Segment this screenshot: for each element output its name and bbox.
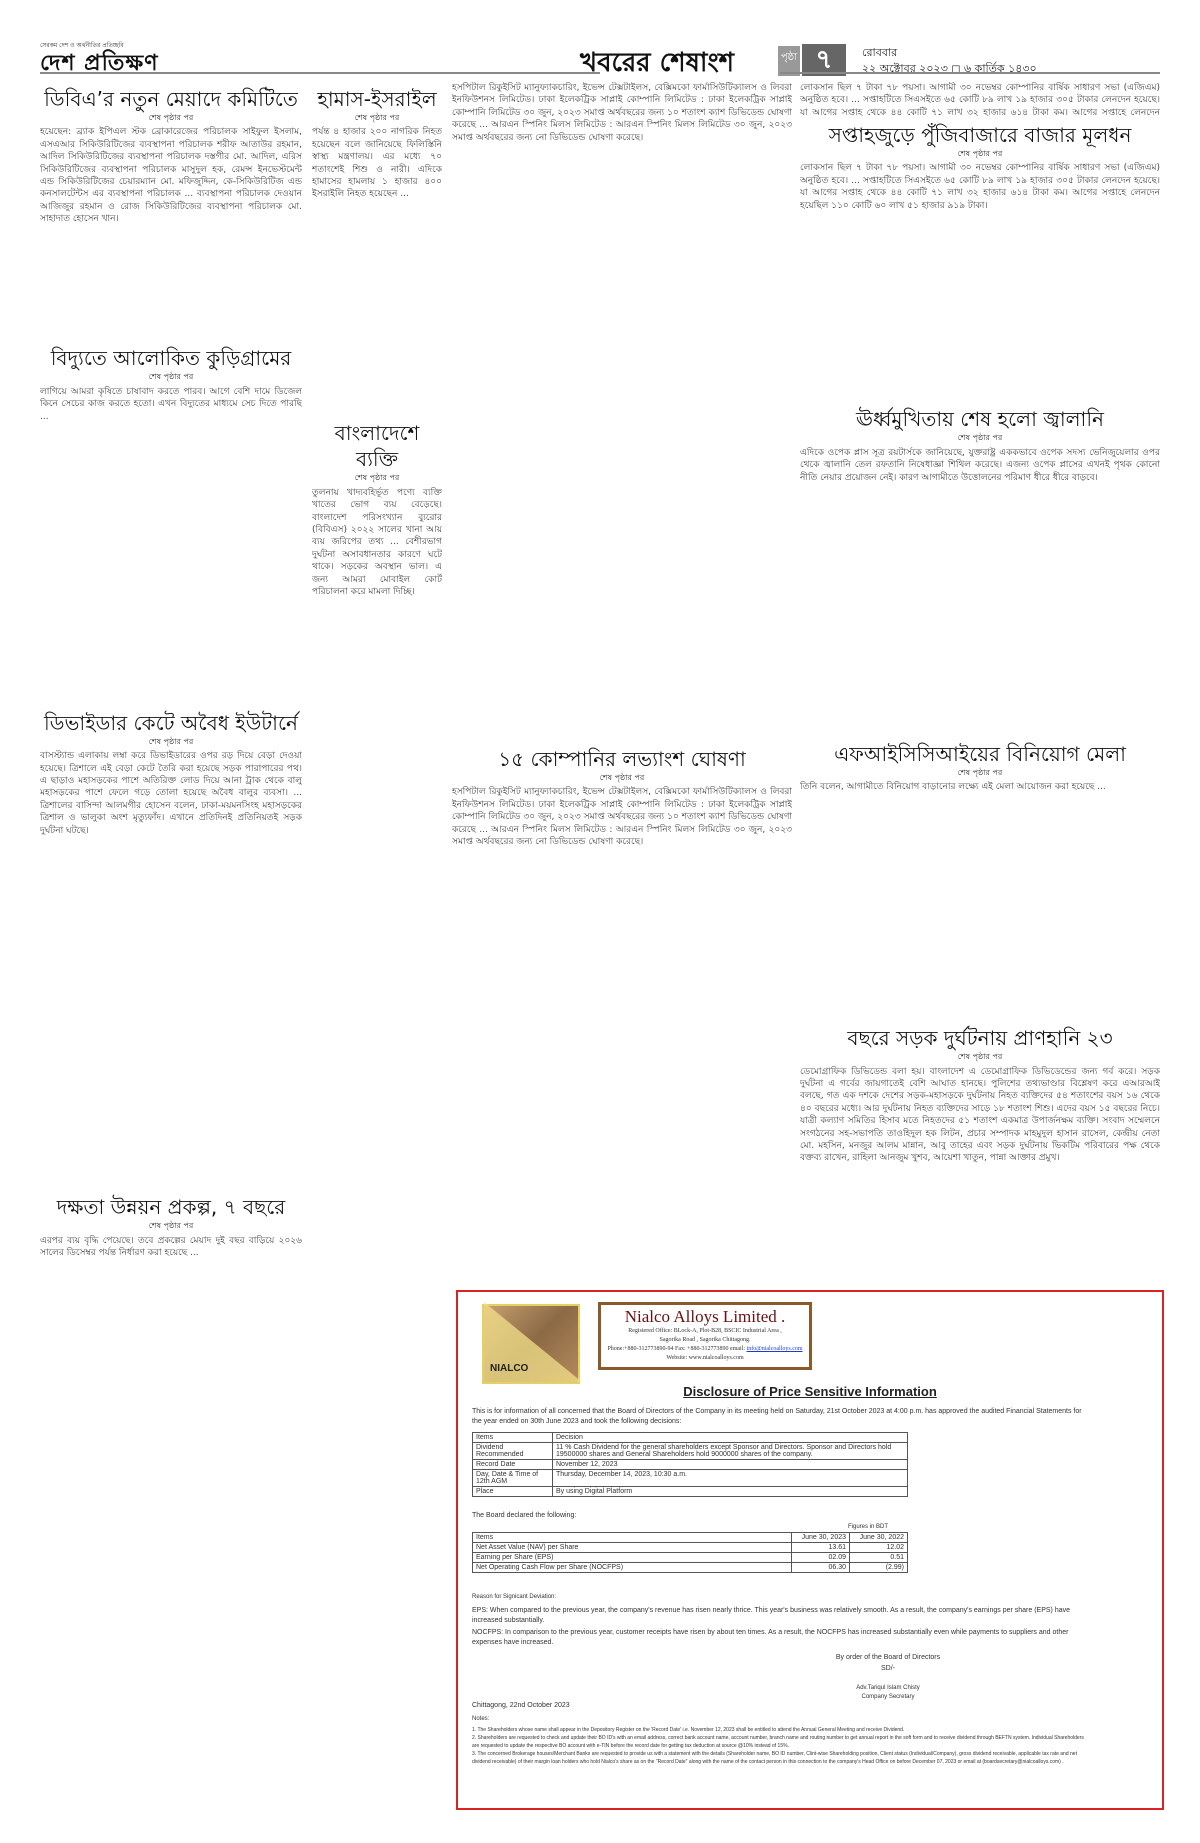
decision-cell: November 12, 2023 — [553, 1460, 908, 1470]
article-fuel: ঊর্ধ্বমুখিতায় শেষ হলো জ্বালানি শেষ পৃষ্… — [800, 406, 1160, 736]
reason-eps: EPS: When compared to the previous year,… — [472, 1606, 1092, 1626]
table-row: Record DateNovember 12, 2023 — [473, 1460, 908, 1470]
item-cell: Record Date — [473, 1460, 553, 1470]
continued-label: শেষ পৃষ্ঠার পর — [800, 767, 1160, 779]
headline[interactable]: বছরে সড়ক দুর্ঘটনায় প্রাণহানি ২৩ — [800, 1025, 1160, 1051]
article-body: পর্যন্ত ৪ হাজার ২০০ নাগরিক নিহত হয়েছেন … — [312, 126, 442, 416]
article-body: লোকসান ছিল ৭ টাকা ৭৮ পয়সা। আগামী ৩০ নভে… — [800, 162, 1160, 402]
item-cell: Day, Date & Time of 12th AGM — [473, 1470, 553, 1487]
header-cell: Items — [473, 1533, 792, 1543]
item-cell: Net Operating Cash Flow per Share (NOCFP… — [473, 1563, 792, 1573]
value-2023: 02.09 — [792, 1553, 850, 1563]
reason-heading: Reason for Signicant Deviation: — [472, 1594, 556, 1600]
article-kurigram: বিদ্যুতে আলোকিত কুড়িগ্রামের শেষ পৃষ্ঠার… — [40, 345, 302, 705]
value-2022: 0.51 — [850, 1553, 908, 1563]
article-body: ডেমোগ্রাফিক ডিভিডেন্ড বলা হয়। বাংলাদেশ … — [800, 1066, 1160, 1176]
header-cell: Items — [473, 1433, 553, 1443]
column-1: ডিবিএ’র নতুন মেয়াদে কমিটিতে শেষ পৃষ্ঠার… — [40, 82, 302, 1832]
signatory-name: Adv.Tariqul Islam Chisty — [798, 1684, 978, 1693]
column-4: লোকসান ছিল ৭ টাকা ৭৮ পয়সা। আগামী ৩০ নভে… — [800, 82, 1160, 1282]
table-row: Net Operating Cash Flow per Share (NOCFP… — [473, 1563, 908, 1573]
headline[interactable]: এফআইসিসিআইয়ের বিনিয়োগ মেলা — [800, 741, 1160, 767]
notes-list: 1. The Shareholders whose name shall app… — [472, 1726, 1092, 1766]
price-sensitive-info-ad: NIALCO Nialco Alloys Limited . Registere… — [456, 1290, 1164, 1810]
item-cell: Net Asset Value (NAV) per Share — [473, 1543, 792, 1553]
continued-label: শেষ পৃষ্ঠার পর — [40, 371, 302, 383]
note-item: 3. The concerned Brokerage houses/Mercha… — [472, 1750, 1092, 1766]
article-dividend15: ১৫ কোম্পানির লভ্যাংশ ঘোষণা শেষ পৃষ্ঠার প… — [452, 746, 792, 1276]
headline[interactable]: ডিভাইডার কেটে অবৈধ ইউটার্নে — [40, 710, 302, 736]
headline[interactable]: সপ্তাহজুড়ে পুঁজিবাজারে বাজার মূলধন — [800, 122, 1160, 148]
section-title: খবরের শেষাংশ — [580, 42, 734, 86]
newspaper-logo[interactable]: দেশ প্রতিক্ষণ — [40, 46, 159, 83]
table-row: Day, Date & Time of 12th AGMThursday, De… — [473, 1470, 908, 1487]
article-body: এরপর ব্যয় বৃদ্ধি পেয়েছে। তবে প্রকল্পের… — [40, 1235, 302, 1795]
masthead-rule-right — [780, 72, 1160, 74]
contact-line: Phone:+880-312773890-94 Fax: +880-312773… — [601, 1345, 809, 1354]
continued-label: শেষ পৃষ্ঠার পর — [452, 772, 792, 784]
table-row: Earning per Share (EPS)02.090.51 — [473, 1553, 908, 1563]
issue-date: ২২ অক্টোবর ২০২৩ ◻ ৬ কার্তিক ১৪৩০ — [862, 60, 1037, 79]
article-body: হয়েছেন: ব্র্যাক ইপিএল স্টক ব্রোকারেজের … — [40, 126, 302, 341]
continued-label: শেষ পৃষ্ঠার পর — [40, 1220, 302, 1232]
address-line-2: Sagorika Road , Sagorika Chittagong. — [601, 1336, 809, 1345]
headline[interactable]: ডিবিএ’র নতুন মেয়াদে কমিটিতে — [40, 86, 302, 112]
decision-cell: By using Digital Platform — [553, 1487, 908, 1497]
company-header-box: Nialco Alloys Limited . Registered Offic… — [598, 1302, 812, 1370]
note-item: 1. The Shareholders whose name shall app… — [472, 1726, 1092, 1734]
disclosure-intro: This is for information of all concerned… — [472, 1407, 1092, 1427]
headline[interactable]: বাংলাদেশে ব্যক্তি — [312, 420, 442, 472]
item-cell: Place — [473, 1487, 553, 1497]
article-body: হসপিটাল রিকুইসিট ম্যানুফ্যাকচারিং, ইভেন্… — [452, 786, 792, 1276]
article-body: তিনি বলেন, আগামীতে বিনিয়োগ বাড়ানোর লক্… — [800, 781, 1160, 1021]
continued-label: শেষ পৃষ্ঠার পর — [800, 432, 1160, 444]
decision-cell: Thursday, December 14, 2023, 10:30 a.m. — [553, 1470, 908, 1487]
continued-label: শেষ পৃষ্ঠার পর — [40, 736, 302, 748]
signature-block: By order of the Board of Directors SD/- — [798, 1652, 978, 1674]
continued-label: শেষ পৃষ্ঠার পর — [40, 112, 302, 124]
financials-table: Items June 30, 2023 June 30, 2022 Net As… — [472, 1532, 908, 1573]
article-fbcci: এফআইসিসিআইয়ের বিনিয়োগ মেলা শেষ পৃষ্ঠার… — [800, 741, 1160, 1021]
value-2022: (2.99) — [850, 1563, 908, 1573]
reason-nocfps: NOCFPS: In comparison to the previous ye… — [472, 1628, 1092, 1648]
board-declared-label: The Board declared the following: — [472, 1512, 576, 1519]
value-2022: 12.02 — [850, 1543, 908, 1553]
email-link[interactable]: info@nialcoalloys.com — [747, 1346, 803, 1352]
table-row: PlaceBy using Digital Platform — [473, 1487, 908, 1497]
article-dba: ডিবিএ’র নতুন মেয়াদে কমিটিতে শেষ পৃষ্ঠার… — [40, 86, 302, 341]
place-date: Chittagong, 22nd October 2023 — [472, 1702, 570, 1709]
decision-cell: 11 % Cash Dividend for the general share… — [553, 1443, 908, 1460]
address-line-1: Registered Office: BLock-A, Plot-B28, BS… — [601, 1327, 809, 1336]
headline[interactable]: বিদ্যুতে আলোকিত কুড়িগ্রামের — [40, 345, 302, 371]
sign-sd: SD/- — [798, 1663, 978, 1674]
headline[interactable]: দক্ষতা উন্নয়ন প্রকল্প, ৭ বছরে — [40, 1194, 302, 1220]
article-body-lead: লোকসান ছিল ৭ টাকা ৭৮ পয়সা। আগামী ৩০ নভে… — [800, 82, 1160, 118]
article-market: লোকসান ছিল ৭ টাকা ৭৮ পয়সা। আগামী ৩০ নভে… — [800, 82, 1160, 402]
headline[interactable]: ১৫ কোম্পানির লভ্যাংশ ঘোষণা — [452, 746, 792, 772]
figures-note: Figures in BDT — [848, 1524, 888, 1530]
item-cell: Dividend Recommended — [473, 1443, 553, 1460]
header-cell: Decision — [553, 1433, 908, 1443]
signatory: Adv.Tariqul Islam Chisty Company Secreta… — [798, 1684, 978, 1702]
masthead-rule-left — [40, 72, 600, 74]
header-cell: June 30, 2022 — [850, 1533, 908, 1543]
masthead: সেরকম দেশ ও অর্থনীতির প্রতিচ্ছবি দেশ প্র… — [40, 40, 1160, 70]
phone-fax: Phone:+880-312773890-94 Fax: +880-312773… — [607, 1346, 746, 1352]
continued-label: শেষ পৃষ্ঠার পর — [800, 148, 1160, 160]
article-divider: ডিভাইডার কেটে অবৈধ ইউটার্নে শেষ পৃষ্ঠার … — [40, 710, 302, 1190]
website: Website: www.nialcoalloys.com — [601, 1354, 809, 1363]
continued-label: শেষ পৃষ্ঠার পর — [312, 472, 442, 484]
article-body-continued: হসপিটাল রিকুইসিট ম্যানুফ্যাকচারিং, ইভেন্… — [452, 82, 792, 742]
nialco-logo: NIALCO — [482, 1304, 580, 1384]
logo-text: NIALCO — [490, 1363, 528, 1374]
continued-label: শেষ পৃষ্ঠার পর — [800, 1051, 1160, 1063]
value-2023: 13.61 — [792, 1543, 850, 1553]
disclosure-title: Disclosure of Price Sensitive Informatio… — [458, 1384, 1162, 1399]
article-road: বছরে সড়ক দুর্ঘটনায় প্রাণহানি ২৩ শেষ পৃ… — [800, 1025, 1160, 1175]
article-bangladesh: বাংলাদেশে ব্যক্তি শেষ পৃষ্ঠার পর তুলনায়… — [312, 420, 442, 1816]
sign-order: By order of the Board of Directors — [798, 1652, 978, 1663]
article-hamas: হামাস-ইসরাইল শেষ পৃষ্ঠার পর পর্যন্ত ৪ হা… — [312, 86, 442, 416]
column-3: হসপিটাল রিকুইসিট ম্যানুফ্যাকচারিং, ইভেন্… — [452, 82, 792, 1282]
company-name: Nialco Alloys Limited . — [601, 1307, 809, 1327]
article-body: এদিকে ওপেক প্লাস সূত্র রয়টার্সকে জানিয়… — [800, 447, 1160, 737]
headline[interactable]: ঊর্ধ্বমুখিতায় শেষ হলো জ্বালানি — [800, 406, 1160, 432]
continued-label: শেষ পৃষ্ঠার পর — [312, 112, 442, 124]
article-body: লাগিয়ে আমরা কৃষিতে চাষাবাদ করতে পারব। আ… — [40, 386, 302, 706]
column-2: হামাস-ইসরাইল শেষ পৃষ্ঠার পর পর্যন্ত ৪ হা… — [312, 82, 442, 1832]
table-row: Net Asset Value (NAV) per Share13.6112.0… — [473, 1543, 908, 1553]
article-body: তুলনায় খাদ্যবহির্ভূত পণ্যে ব্যক্তি খাতে… — [312, 487, 442, 1817]
table-row: Dividend Recommended11 % Cash Dividend f… — [473, 1443, 908, 1460]
signatory-title: Company Secretary — [798, 1693, 978, 1702]
table-header-row: Items Decision — [473, 1433, 908, 1443]
article-body: বাসস্ট্যান্ড এলাকায় লম্বা করে ডিভাইডারে… — [40, 750, 302, 1190]
table-header-row: Items June 30, 2023 June 30, 2022 — [473, 1533, 908, 1543]
item-cell: Earning per Share (EPS) — [473, 1553, 792, 1563]
headline[interactable]: হামাস-ইসরাইল — [312, 86, 442, 112]
decisions-table: Items Decision Dividend Recommended11 % … — [472, 1432, 908, 1497]
note-item: 2. Shareholders are requested to check a… — [472, 1734, 1092, 1750]
value-2023: 06.30 — [792, 1563, 850, 1573]
header-cell: June 30, 2023 — [792, 1533, 850, 1543]
article-dokkhota: দক্ষতা উন্নয়ন প্রকল্প, ৭ বছরে শেষ পৃষ্ঠ… — [40, 1194, 302, 1794]
notes-heading: Notes: — [472, 1716, 489, 1722]
